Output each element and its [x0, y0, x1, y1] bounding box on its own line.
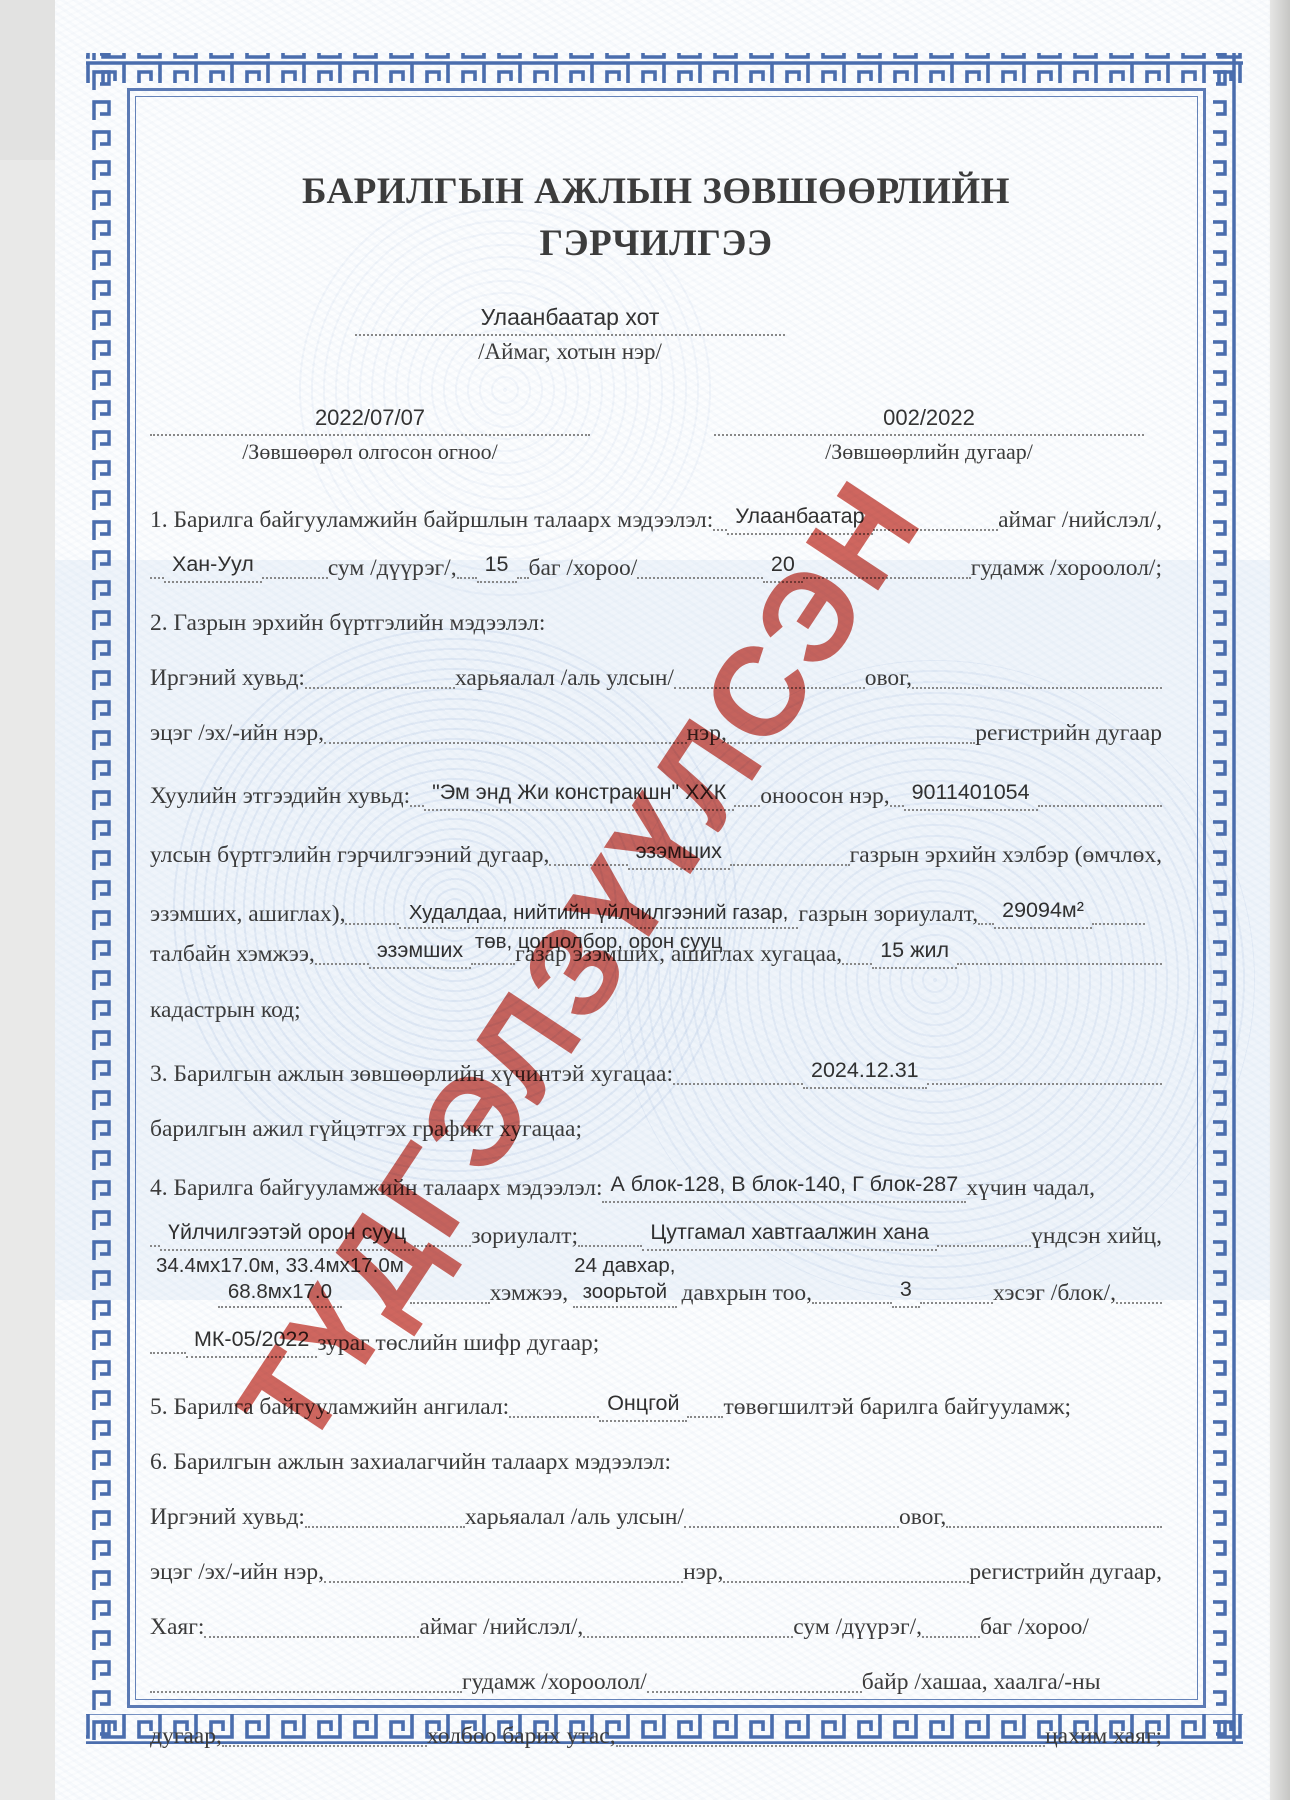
- form-label: кадастрын код;: [150, 995, 301, 1025]
- form-label: 2. Газрын эрхийн бүртгэлийн мэдээлэл:: [150, 608, 545, 638]
- form-filled-value: Цутгамал хавтгаалжин хана: [642, 1217, 937, 1251]
- form-line: 2. Газрын эрхийн бүртгэлийн мэдээлэл:: [150, 608, 1162, 638]
- dotted-fill-line: [305, 1522, 465, 1528]
- permit-number-caption: /Зөвшөөрлийн дугаар/: [714, 439, 1144, 465]
- dotted-fill-line: [946, 1522, 1162, 1528]
- form-label: нэр,: [683, 1557, 723, 1587]
- dotted-fill-line: [345, 919, 398, 925]
- city-caption: /Аймаг, хотын нэр/: [355, 339, 785, 365]
- permit-number-value: 002/2022: [714, 405, 1144, 436]
- form-line: Хаяг:аймаг /нийслэл/,сум /дүүрэг/,баг /х…: [150, 1612, 1162, 1642]
- form-label: харьяалал /аль улсын/: [465, 1502, 684, 1532]
- form-label: харьяалал /аль улсын/: [455, 663, 674, 693]
- form-filled-value: 3: [892, 1274, 920, 1308]
- form-label: байр /хашаа, хаалга/-ны: [862, 1667, 1101, 1697]
- form-label: хүчин чадал,: [966, 1173, 1095, 1203]
- dotted-fill-line: [1038, 801, 1162, 807]
- dotted-fill-line: [637, 573, 763, 579]
- form-label: 1. Барилга байгууламжийн байршлын талаар…: [150, 505, 713, 535]
- dotted-fill-line: [937, 1241, 1031, 1247]
- dotted-fill-line: [457, 573, 477, 579]
- city-value: Улаанбаатар хот: [355, 304, 785, 336]
- dotted-fill-line: [842, 959, 872, 965]
- form-label: цахим хаяг;: [1045, 1721, 1162, 1751]
- city-block: Улаанбаатар хот /Аймаг, хотын нэр/: [355, 304, 785, 365]
- form-label: хэмжээ,: [490, 1278, 568, 1308]
- issue-date-caption: /Зөвшөөрөл олгосон огноо/: [150, 439, 590, 465]
- form-label: 6. Барилгын ажлын захиалагчийн талаарх м…: [150, 1447, 671, 1477]
- dotted-fill-line: [647, 1687, 862, 1693]
- dotted-fill-line: [150, 1687, 462, 1693]
- form-filled-value: 15: [477, 549, 517, 583]
- form-label: газрын зориулалт,: [798, 899, 978, 929]
- dotted-fill-line: [315, 959, 369, 965]
- form-line: эцэг /эх/-ийн нэр,нэр,регистрийн дугаар,: [150, 1557, 1162, 1587]
- form-stacked-value: 24 давхар,зоорьтой: [568, 1253, 681, 1308]
- form-label: төвөгшилтэй барилга байгууламж;: [723, 1392, 1071, 1422]
- dotted-fill-line: [1092, 919, 1145, 925]
- form-label: баг /хороо/: [980, 1612, 1089, 1642]
- form-line: гудамж /хороолол/байр /хашаа, хаалга/-ны: [150, 1667, 1162, 1697]
- form-line: 4. Барилга байгууламжийн талаарх мэдээлэ…: [150, 1169, 1162, 1203]
- form-label: дугаар,: [150, 1721, 222, 1751]
- form-label: гудамж /хороолол/;: [971, 553, 1162, 583]
- dotted-fill-line: [920, 1298, 993, 1304]
- dotted-fill-line: [684, 1522, 899, 1528]
- dotted-fill-line: [890, 801, 904, 807]
- form-label: эцэг /эх/-ийн нэр,: [150, 1557, 324, 1587]
- dotted-fill-line: [978, 919, 994, 925]
- form-label: баг /хороо/: [529, 553, 638, 583]
- form-label: регистрийн дугаар: [975, 718, 1162, 748]
- dotted-fill-line: [687, 1412, 723, 1418]
- issue-date-block: 2022/07/07 /Зөвшөөрөл олгосон огноо/: [150, 405, 590, 465]
- form-line: Хан-Уулсум /дүүрэг/,15баг /хороо/20гудам…: [150, 549, 1162, 583]
- form-line: Үйлчилгээтэй орон сууцзориулалт;Цутгамал…: [150, 1217, 1162, 1251]
- certificate-page: БАРИЛГЫН АЖЛЫН ЗӨВШӨӨРЛИЙН ГЭРЧИЛГЭЭ Ула…: [55, 0, 1270, 1800]
- form-line: Иргэний хувьд:харьяалал /аль улсын/овог,: [150, 1502, 1162, 1532]
- certificate-title: БАРИЛГЫН АЖЛЫН ЗӨВШӨӨРЛИЙН ГЭРЧИЛГЭЭ: [150, 166, 1162, 270]
- dotted-fill-line: [324, 1577, 683, 1583]
- form-label: Иргэний хувьд:: [150, 663, 305, 693]
- form-label: Иргэний хувьд:: [150, 1502, 305, 1532]
- dotted-fill-line: [150, 1241, 160, 1247]
- dotted-fill-line: [912, 683, 1162, 689]
- form-label: талбайн хэмжээ,: [150, 939, 315, 969]
- dotted-fill-line: [927, 1079, 1162, 1085]
- form-label: улсын бүртгэлийн гэрчилгээний дугаар,: [150, 840, 549, 870]
- form-label: Хаяг:: [150, 1612, 204, 1642]
- dotted-fill-line: [324, 738, 687, 744]
- stacked-line: зоорьтой: [573, 1279, 677, 1308]
- issue-date-value: 2022/07/07: [150, 405, 590, 436]
- dotted-fill-line: [509, 1412, 599, 1418]
- dotted-fill-line: [1116, 1298, 1162, 1304]
- form-filled-value: Онцгой: [599, 1388, 687, 1422]
- dotted-fill-line: [517, 573, 529, 579]
- form-label: эцэг /эх/-ийн нэр,: [150, 718, 324, 748]
- issue-row: 2022/07/07 /Зөвшөөрөл олгосон огноо/ 002…: [150, 405, 1162, 465]
- dotted-fill-line: [673, 1079, 803, 1085]
- form-label: регистрийн дугаар,: [969, 1557, 1162, 1587]
- title-line-1: БАРИЛГЫН АЖЛЫН ЗӨВШӨӨРЛИЙН: [150, 166, 1162, 218]
- form-line: дугаар,холбоо барих утас,цахим хаяг;: [150, 1721, 1162, 1751]
- dotted-fill-line: [578, 1241, 642, 1247]
- dotted-fill-line: [222, 1741, 427, 1747]
- dotted-fill-line: [305, 683, 455, 689]
- form-label: холбоо барих утас,: [427, 1721, 616, 1751]
- stacked-line: 24 давхар,: [568, 1253, 681, 1279]
- form-label: үндсэн хийц,: [1031, 1221, 1162, 1251]
- form-line: 1. Барилга байгууламжийн байршлын талаар…: [150, 501, 1162, 535]
- dotted-fill-line: [204, 1632, 419, 1638]
- form-filled-value: 15 жил: [872, 935, 957, 969]
- dotted-fill-line: [730, 860, 850, 866]
- title-line-2: ГЭРЧИЛГЭЭ: [150, 218, 1162, 270]
- form-line: кадастрын код;: [150, 995, 1162, 1025]
- form-label: овог,: [899, 1502, 946, 1532]
- form-lines: 1. Барилга байгууламжийн байршлын талаар…: [150, 501, 1162, 1751]
- form-label: сум /дүүрэг/,: [793, 1612, 922, 1642]
- dotted-fill-line: [616, 1741, 1045, 1747]
- dotted-fill-line: [723, 1577, 969, 1583]
- form-line: 3. Барилгын ажлын зөвшөөрлийн хүчинтэй х…: [150, 1055, 1162, 1089]
- form-label: аймаг /нийслэл/,: [998, 505, 1162, 535]
- dotted-fill-line: [713, 525, 727, 531]
- dotted-fill-line: [262, 573, 328, 579]
- dotted-fill-line: [957, 959, 1162, 965]
- form-label: гудамж /хороолол/: [462, 1667, 647, 1697]
- dotted-fill-line: [410, 801, 424, 807]
- form-label: аймаг /нийслэл/,: [419, 1612, 583, 1642]
- form-label: хэсэг /блок/,: [993, 1278, 1116, 1308]
- dotted-fill-line: [150, 1348, 186, 1354]
- form-label: эзэмших, ашиглах),: [150, 899, 345, 929]
- dotted-fill-line: [583, 1632, 793, 1638]
- form-filled-value: Хан-Уул: [164, 549, 262, 583]
- form-label: сум /дүүрэг/,: [328, 553, 457, 583]
- dotted-fill-line: [922, 1632, 980, 1638]
- form-line: барилгын ажил гүйцэтгэх графикт хугацаа;: [150, 1114, 1162, 1144]
- form-label: Хуулийн этгээдийн хувьд:: [150, 781, 410, 811]
- form-label: газрын эрхийн хэлбэр (өмчлөх,: [850, 840, 1162, 870]
- scanned-certificate-page: { "colors": { "border_blue": "#4a6dad", …: [0, 0, 1290, 1800]
- form-filled-value: 29094м²: [994, 895, 1092, 929]
- form-filled-value: А блок-128, В блок-140, Г блок-287: [602, 1169, 966, 1203]
- form-label: давхрын тоо,: [681, 1278, 812, 1308]
- scan-edge-artifact: [1268, 0, 1290, 1800]
- form-filled-value: 2024.12.31: [803, 1055, 927, 1089]
- dotted-fill-line: [150, 573, 164, 579]
- form-line: Иргэний хувьд:харьяалал /аль улсын/овог,: [150, 663, 1162, 693]
- form-filled-value: 9011401054: [904, 777, 1038, 811]
- dotted-fill-line: [812, 1298, 892, 1304]
- permit-number-block: 002/2022 /Зөвшөөрлийн дугаар/: [714, 405, 1144, 465]
- form-label: овог,: [865, 663, 912, 693]
